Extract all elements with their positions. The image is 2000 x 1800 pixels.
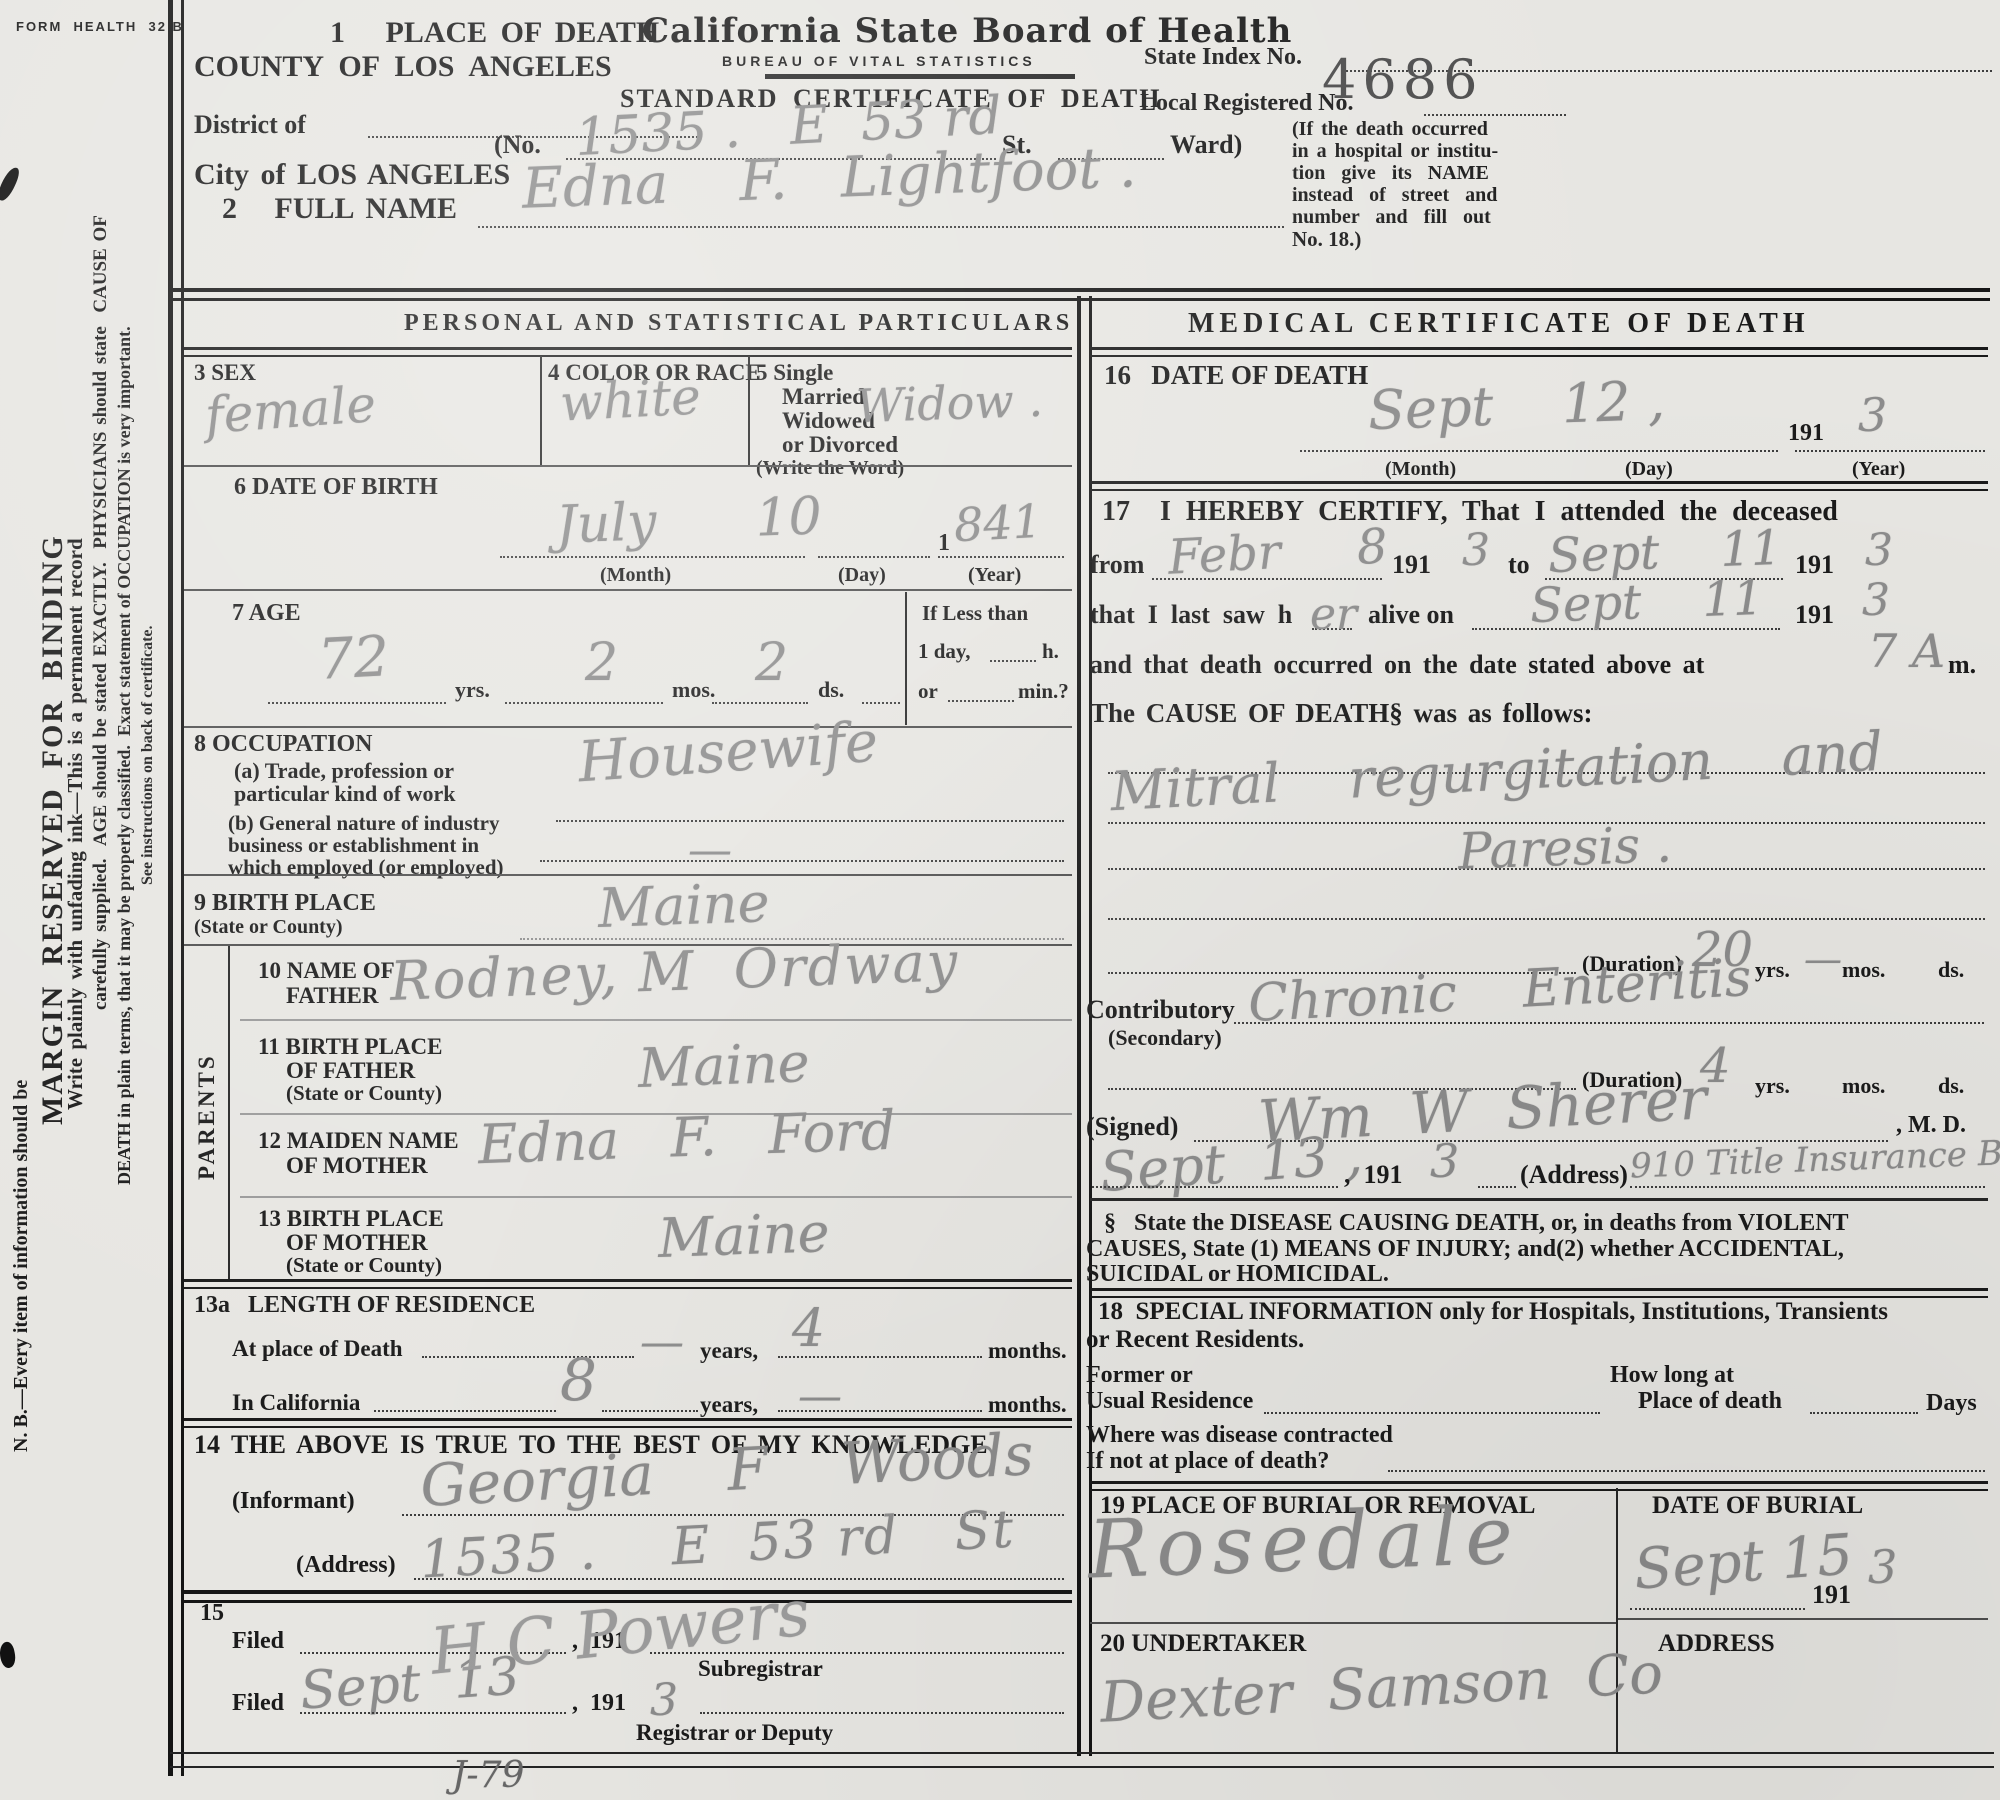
- residence-line: [422, 1356, 634, 1358]
- less-or-label: or: [918, 680, 938, 704]
- section-rule: [184, 1279, 1072, 1289]
- section-rule: [1090, 1198, 1988, 1201]
- signed-date-line: [1630, 1186, 1985, 1188]
- residence-ca-label: In California: [232, 1390, 360, 1416]
- parents-rule: [240, 1196, 1072, 1198]
- printed-191: 191: [1795, 600, 1834, 629]
- from-label: from: [1090, 550, 1144, 579]
- ink-blot: [0, 165, 22, 203]
- local-registered-number: 4686: [1322, 50, 1483, 110]
- less-line: [990, 660, 1036, 662]
- less-h-label: h.: [1042, 640, 1059, 664]
- former-residence-label: Usual Residence: [1086, 1388, 1253, 1415]
- father-birthplace-value: Maine: [637, 1033, 811, 1099]
- age-line: [712, 702, 808, 704]
- father-birthplace-label: OF FATHER: [286, 1058, 415, 1084]
- ds-label: ds.: [1938, 958, 1964, 983]
- ds-label: ds.: [1938, 1074, 1964, 1099]
- marital-write-word: (Write the Word): [756, 457, 904, 479]
- printed-191: 191: [1812, 1580, 1851, 1609]
- age-years-value: 72: [316, 626, 390, 692]
- dob-line: [500, 556, 805, 558]
- disease-contracted-label: Where was disease contracted: [1086, 1422, 1393, 1449]
- alive-year: 3: [1862, 576, 1890, 625]
- margin-note-nb: N. B.—Every item of information should b…: [10, 1080, 32, 1452]
- sex-value: female: [203, 376, 377, 444]
- burial-date-line: [1630, 1608, 1805, 1610]
- disease-note-line: CAUSES, State (1) MEANS OF INJURY; and(2…: [1086, 1236, 1844, 1263]
- to-year: 3: [1865, 526, 1893, 575]
- left-border: [168, 0, 184, 1776]
- contracted-line: [1388, 1470, 1985, 1472]
- burial-rule: [1090, 1622, 1616, 1624]
- m-label: m.: [1948, 650, 1976, 679]
- center-rule: [765, 74, 1075, 79]
- state-index-label: State Index No.: [1144, 44, 1302, 71]
- occupation-b-label: (b) General nature of industry: [228, 812, 499, 836]
- fullname-line: [478, 226, 1284, 228]
- bottom-border: [170, 1752, 1994, 1768]
- printed-191: 191: [1795, 550, 1834, 579]
- cause-value: Mitral regurgitation and: [1109, 722, 1884, 823]
- residence-at-years: —: [640, 1318, 684, 1367]
- residence-at-months: 4: [792, 1300, 825, 1358]
- former-residence-label: Former or: [1086, 1362, 1193, 1389]
- residence-label: 13a LENGTH OF RESIDENCE: [194, 1292, 535, 1319]
- occupation-label: 8 OCCUPATION: [194, 731, 372, 758]
- residence-line: [374, 1410, 556, 1412]
- month-caption: (Month): [1385, 458, 1456, 480]
- hospital-note-line: tion give its NAME: [1292, 162, 1489, 184]
- death-occurred-label: and that death occurred on the date stat…: [1090, 650, 1704, 679]
- residence-line: [1264, 1412, 1600, 1414]
- contributory-value: Chronic Enteritis: [1247, 949, 1753, 1034]
- burial-year-value: 3: [1868, 1542, 1897, 1594]
- signed-date-line: [1092, 1186, 1338, 1188]
- bureau-subtitle: BUREAU OF VITAL STATISTICS: [722, 54, 1036, 70]
- month-caption: (Month): [600, 564, 671, 586]
- row-rule: [184, 589, 1072, 591]
- band-divider-left: [184, 347, 1072, 357]
- marital-value: Widow .: [855, 375, 1044, 433]
- band-divider-right: [1090, 347, 1988, 357]
- marital-label: Married: [782, 384, 865, 410]
- occupation-b-label: business or establishment in: [228, 834, 479, 858]
- disease-note-line: SUICIDAL or HOMICIDAL.: [1086, 1261, 1389, 1288]
- to-label: to: [1508, 550, 1530, 579]
- occupation-a-value: Housewife: [576, 712, 880, 796]
- burial-rule: [1618, 1618, 1988, 1620]
- sex-label: 3 SEX: [194, 360, 256, 386]
- physician-address-label: (Address): [1520, 1160, 1628, 1189]
- occupation-a-label: particular kind of work: [234, 782, 455, 807]
- undertaker-address-label: ADDRESS: [1658, 1630, 1775, 1658]
- dod-line: [1300, 450, 1778, 452]
- signed-191-label: , 191: [1344, 1160, 1403, 1189]
- year-caption: (Year): [1852, 458, 1905, 480]
- saw-pronoun-value: er: [1310, 590, 1357, 639]
- dob-year-value: 841: [953, 496, 1043, 552]
- burial-divider: [1616, 1488, 1618, 1752]
- age-label: 7 AGE: [232, 600, 301, 627]
- informant-label: (Informant): [232, 1488, 355, 1515]
- cause-value: Paresis .: [1457, 816, 1673, 879]
- special-info-label: or Recent Residents.: [1086, 1326, 1304, 1354]
- dob-label: 6 DATE OF BIRTH: [234, 474, 438, 501]
- mother-birthplace-label: 13 BIRTH PLACE: [258, 1206, 444, 1232]
- dob-year-printed: 1: [938, 530, 950, 557]
- informant-address-label: (Address): [296, 1552, 396, 1579]
- ink-blot: [0, 1641, 18, 1670]
- mos-label: mos.: [672, 678, 715, 703]
- residence-ca-months: —: [798, 1372, 842, 1421]
- hospital-note-line: No. 18.): [1292, 228, 1361, 252]
- months-label: months.: [988, 1392, 1067, 1418]
- filed-year-value: 3: [650, 1676, 678, 1725]
- parents-rule: [240, 1019, 1072, 1021]
- from-value: Febr 8: [1167, 520, 1389, 585]
- father-birthplace-label: 11 BIRTH PLACE: [258, 1034, 443, 1060]
- age-months-value: 2: [585, 634, 618, 692]
- mother-birthplace-label: OF MOTHER: [286, 1230, 428, 1256]
- hospital-note-line: (If the death occurred: [1292, 118, 1488, 140]
- birthplace-label: 9 BIRTH PLACE: [194, 890, 376, 917]
- date-of-death-year: 3: [1858, 390, 1887, 442]
- years-label: years,: [700, 1338, 758, 1364]
- residence-ca-years: 8: [560, 1348, 597, 1413]
- alive-value: Sept 11: [1529, 572, 1764, 634]
- residence-line: [602, 1410, 698, 1412]
- margin-note-instructions: See instructions on back of certificate.: [139, 625, 157, 885]
- parents-bracket: [228, 946, 230, 1280]
- marital-label: 5 Single: [756, 360, 833, 386]
- form-number: FORM HEALTH 32 B: [16, 20, 184, 35]
- section-rule: [1090, 481, 1988, 491]
- registrar-label: Registrar or Deputy: [636, 1720, 833, 1746]
- filed-line: [300, 1712, 566, 1714]
- filed-label: Filed: [232, 1628, 284, 1655]
- age-line: [505, 702, 663, 704]
- cell-divider: [905, 592, 907, 725]
- cell-divider: [748, 356, 750, 466]
- ds-label: ds.: [818, 678, 844, 703]
- alive-on-label: alive on: [1368, 600, 1454, 629]
- district-label: District of: [194, 110, 306, 139]
- residence-line: [1810, 1412, 1918, 1414]
- residence-at-label: At place of Death: [232, 1336, 403, 1362]
- cause-of-death-label: The CAUSE OF DEATH§ was as follows:: [1090, 698, 1593, 728]
- contributory-label: Contributory: [1086, 995, 1235, 1024]
- mother-name-label: 12 MAIDEN NAME: [258, 1128, 459, 1154]
- signed-year-value: 3: [1430, 1136, 1459, 1188]
- less-than-label: If Less than: [922, 602, 1028, 626]
- death-certificate-scan: FORM HEALTH 32 B N. B.—Every item of inf…: [0, 0, 2000, 1800]
- ward-label: Ward): [1170, 130, 1242, 159]
- time-of-death-value: 7 A: [1868, 626, 1945, 678]
- how-long-label: Place of death: [1638, 1388, 1782, 1415]
- months-label: months.: [988, 1338, 1067, 1364]
- from-year: 3: [1462, 526, 1490, 575]
- occupation-a-label: (a) Trade, profession or: [234, 759, 454, 784]
- dob-line: [818, 556, 930, 558]
- special-info-label: 18 SPECIAL INFORMATION only for Hospital…: [1098, 1298, 1888, 1326]
- local-registered-line: [1424, 114, 1566, 116]
- filed-line: [700, 1712, 1064, 1714]
- margin-note-plain-terms: DEATH in plain terms, that it may be pro…: [114, 326, 134, 1185]
- printed-191: 191: [1392, 550, 1431, 579]
- dob-value: July 10: [555, 487, 823, 554]
- hospital-note-line: instead of street and: [1292, 184, 1497, 206]
- section-rule: [1090, 1288, 1988, 1298]
- race-value: white: [559, 368, 702, 431]
- age-days-value: 2: [755, 634, 788, 692]
- filed-191-label: , 191: [572, 1690, 626, 1717]
- item1-title: 1 PLACE OF DEATH: [330, 16, 659, 50]
- how-long-label: How long at: [1610, 1362, 1734, 1389]
- date-of-death-value: Sept 12 ,: [1367, 371, 1666, 442]
- dod-line: [1795, 450, 1985, 452]
- right-band-title: MEDICAL CERTIFICATE OF DEATH: [1188, 308, 1810, 339]
- father-birthplace-sub: (State or County): [286, 1082, 442, 1106]
- year-caption: (Year): [968, 564, 1021, 586]
- marital-label: or Divorced: [782, 432, 898, 458]
- margin-note-supplied: carefully supplied. AGE should be stated…: [90, 215, 111, 1010]
- filed-label: Filed: [232, 1690, 284, 1717]
- father-name-label: FATHER: [286, 983, 378, 1009]
- father-name-label: 10 NAME OF: [258, 958, 395, 984]
- cell-divider: [540, 356, 542, 466]
- section-rule: [1090, 1481, 1988, 1491]
- yrs-label: yrs.: [1755, 958, 1790, 983]
- last-saw-label: that I last saw h: [1090, 600, 1292, 629]
- birthplace-sub: (State or County): [194, 916, 343, 938]
- years-label: years,: [700, 1392, 758, 1418]
- burial-place-value: Rosedale: [1087, 1490, 1523, 1595]
- occupation-line: [540, 860, 1064, 862]
- mother-name-value: Edna F. Ford: [477, 1101, 896, 1176]
- margin-note-permanent: Write plainly with unfading ink—This is …: [64, 538, 88, 1110]
- duration1-months: —: [1804, 938, 1842, 981]
- mos-label: mos.: [1842, 1074, 1885, 1099]
- item15-label: 15: [200, 1600, 224, 1627]
- left-band-title: PERSONAL AND STATISTICAL PARTICULARS: [404, 310, 1073, 337]
- yrs-label: yrs.: [1755, 1074, 1790, 1099]
- day-caption: (Day): [838, 564, 886, 586]
- mos-label: mos.: [1842, 958, 1885, 983]
- days-label: Days: [1926, 1390, 1977, 1417]
- age-line: [862, 702, 900, 704]
- less-line: [948, 700, 1014, 702]
- occupation-b-value: —: [688, 826, 732, 875]
- disease-contracted-label: If not at place of death?: [1086, 1448, 1329, 1475]
- mother-name-label: OF MOTHER: [286, 1153, 428, 1179]
- secondary-label: (Secondary): [1108, 1026, 1222, 1051]
- occupation-line: [556, 820, 1064, 822]
- mother-birthplace-sub: (State or County): [286, 1254, 442, 1278]
- city-title: City of LOS ANGELES: [194, 158, 510, 192]
- disease-note-line: § State the DISEASE CAUSING DEATH, or, i…: [1104, 1210, 1849, 1237]
- dob-line: [938, 556, 1064, 558]
- burial-date-label: DATE OF BURIAL: [1652, 1492, 1863, 1520]
- yrs-label: yrs.: [455, 678, 490, 703]
- street-no-label: (No.: [494, 130, 541, 159]
- age-line: [268, 702, 446, 704]
- mother-birthplace-value: Maine: [657, 1203, 831, 1269]
- signed-date-line: [1478, 1186, 1516, 1188]
- date-of-death-label: 16 DATE OF DEATH: [1104, 360, 1368, 390]
- day-caption: (Day): [1625, 458, 1673, 480]
- hospital-note-line: in a hospital or institu-: [1292, 140, 1498, 162]
- birthplace-value: Maine: [597, 873, 771, 939]
- cause-line: [1108, 918, 1985, 920]
- row-rule: [184, 465, 1072, 467]
- footer-code: J-79: [452, 1756, 524, 1796]
- fullname-label: 2 FULL NAME: [222, 192, 457, 226]
- less-min-label: min.?: [1018, 680, 1069, 704]
- printed-191: 191: [1788, 420, 1824, 447]
- county-title: COUNTY OF LOS ANGELES: [194, 50, 612, 84]
- parents-label: PARENTS: [194, 1053, 220, 1180]
- undertaker-label: 20 UNDERTAKER: [1100, 1630, 1306, 1658]
- less-than-label: 1 day,: [918, 640, 971, 664]
- hospital-note-line: number and fill out: [1292, 206, 1491, 228]
